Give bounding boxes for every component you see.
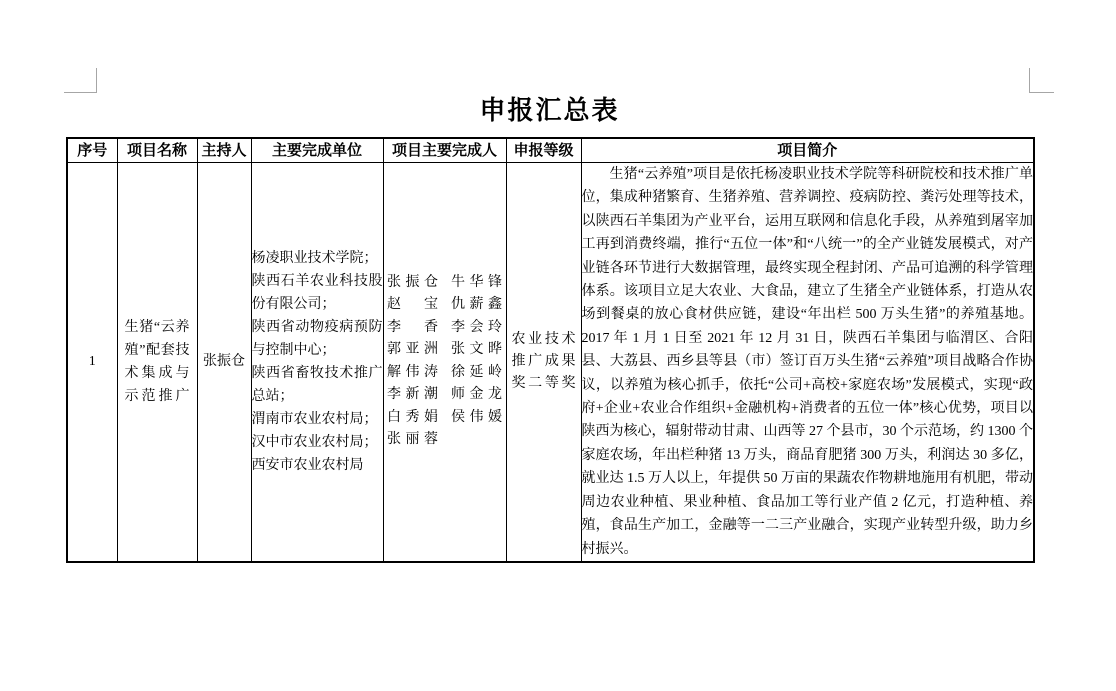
project-name-text: 生猪“云养殖”配套技术集成与示范推广 xyxy=(118,316,197,408)
cell-leader: 张振仓 xyxy=(197,163,251,562)
cell-award-level: 农业技术推广成果奖二等奖 xyxy=(506,163,581,562)
project-summary-text: 生猪“云养殖”项目是依托杨凌职业技术学院等科研院校和技术推广单位，集成种猪繁育、… xyxy=(582,163,1034,561)
header-project-summary: 项目简介 xyxy=(581,138,1034,163)
award-level-text: 农业技术推广成果奖二等奖 xyxy=(507,329,581,395)
cell-main-units: 杨凌职业技术学院；陕西石羊农业科技股份有限公司；陕西省动物疫病预防与控制中心；陕… xyxy=(251,163,383,562)
completers-columns: 张振仓赵 宝李 香郭亚洲解伟涛李新潮白秀娟张丽蓉 牛华锋仇薪鑫李会玲张文晔徐延岭… xyxy=(384,272,506,452)
header-project-name: 项目名称 xyxy=(117,138,197,163)
completers-column-2: 牛华锋仇薪鑫李会玲张文晔徐延岭师金龙侯伟媛 xyxy=(451,272,502,452)
cell-main-completers: 张振仓赵 宝李 香郭亚洲解伟涛李新潮白秀娟张丽蓉 牛华锋仇薪鑫李会玲张文晔徐延岭… xyxy=(383,163,506,562)
cell-index: 1 xyxy=(67,163,117,562)
header-index: 序号 xyxy=(67,138,117,163)
table-header-row: 序号 项目名称 主持人 主要完成单位 项目主要完成人 申报等级 项目简介 xyxy=(67,138,1034,163)
document-page: 申报汇总表 序号 项目名称 主持人 主要完成单位 项目主要完成人 申报等级 项目… xyxy=(0,0,1116,691)
cell-project-name: 生猪“云养殖”配套技术集成与示范推广 xyxy=(117,163,197,562)
main-units-list: 杨凌职业技术学院；陕西石羊农业科技股份有限公司；陕西省动物疫病预防与控制中心；陕… xyxy=(252,247,383,477)
header-main-units: 主要完成单位 xyxy=(251,138,383,163)
header-award-level: 申报等级 xyxy=(506,138,581,163)
margin-corner-mark-top-right xyxy=(1029,68,1054,93)
margin-corner-mark-top-left xyxy=(64,68,97,93)
header-leader: 主持人 xyxy=(197,138,251,163)
cell-project-summary: 生猪“云养殖”项目是依托杨凌职业技术学院等科研院校和技术推广单位，集成种猪繁育、… xyxy=(581,163,1034,562)
header-main-completers: 项目主要完成人 xyxy=(383,138,506,163)
application-summary-table: 序号 项目名称 主持人 主要完成单位 项目主要完成人 申报等级 项目简介 1 生… xyxy=(66,137,1035,563)
completers-column-1: 张振仓赵 宝李 香郭亚洲解伟涛李新潮白秀娟张丽蓉 xyxy=(387,272,438,452)
page-title: 申报汇总表 xyxy=(66,96,1033,126)
table-row: 1 生猪“云养殖”配套技术集成与示范推广 张振仓 杨凌职业技术学院；陕西石羊农业… xyxy=(67,163,1034,562)
